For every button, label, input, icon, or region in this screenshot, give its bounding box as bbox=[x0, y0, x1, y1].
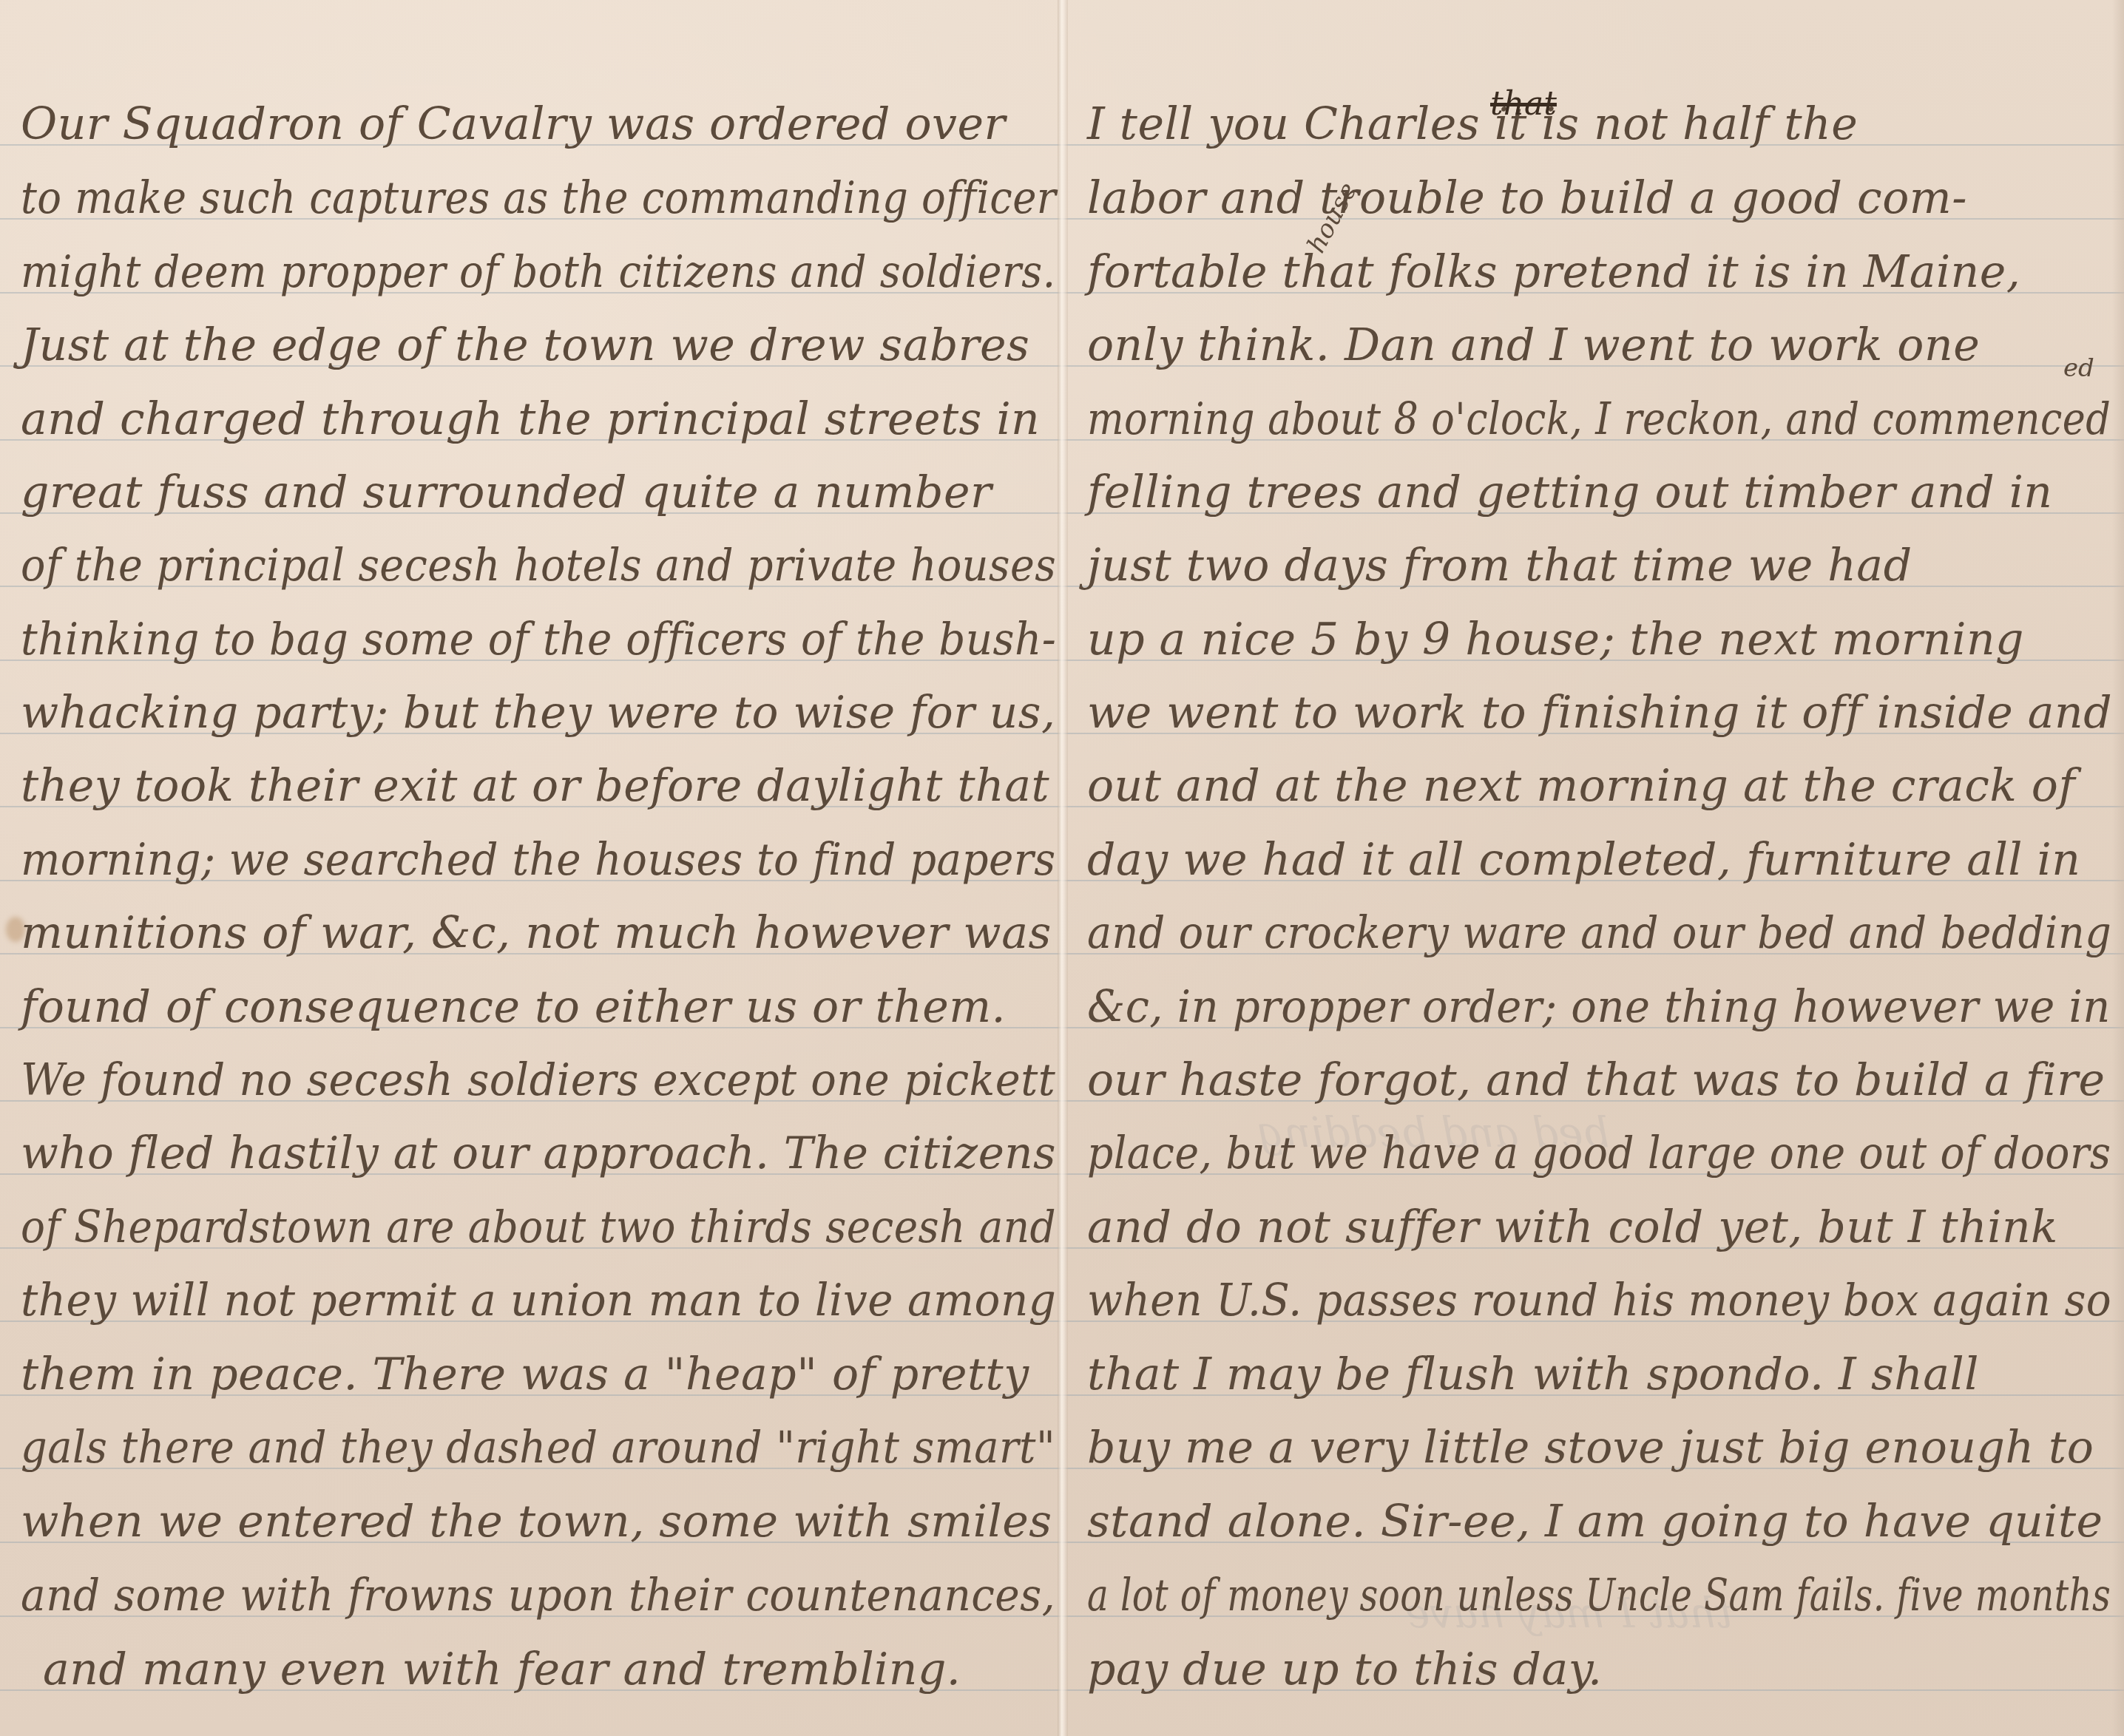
text-line: and charged through the principal street… bbox=[21, 397, 1040, 441]
text-line: when U.S. passes round his money box aga… bbox=[1087, 1278, 2111, 1323]
text-line: and do not suffer with cold yet, but I t… bbox=[1087, 1205, 2058, 1250]
text-line: they will not permit a union man to live… bbox=[21, 1278, 1056, 1323]
text-line: who fled hastily at our approach. The ci… bbox=[21, 1131, 1056, 1176]
text-line: I tell you Charles it is not half the bbox=[1087, 102, 1858, 146]
text-line: fortable that folks pretend it is in Mai… bbox=[1087, 250, 2020, 294]
text-line: they took their exit at or before daylig… bbox=[21, 764, 1049, 808]
text-line: found of consequence to either us or the… bbox=[21, 985, 1006, 1029]
inserted-suffix: ed bbox=[2063, 353, 2094, 383]
text-line: of the principal secesh hotels and priva… bbox=[21, 543, 1056, 588]
text-line: just two days from that time we had bbox=[1087, 543, 1912, 588]
text-line: that I may be flush with spondo. I shall bbox=[1087, 1352, 1979, 1397]
text-line: Our Squadron of Cavalry was ordered over bbox=[21, 102, 1006, 146]
text-line: buy me a very little stove just big enou… bbox=[1087, 1425, 2094, 1470]
paper-edge bbox=[2112, 0, 2124, 1736]
text-line: and our crockery ware and our bed and be… bbox=[1087, 911, 2111, 955]
text-line: thinking to bag some of the officers of … bbox=[21, 617, 1056, 662]
text-line: only think. Dan and I went to work one bbox=[1087, 323, 1980, 367]
text-line: pay due up to this day. bbox=[1087, 1647, 1603, 1692]
text-line: felling trees and getting out timber and… bbox=[1087, 470, 2052, 515]
text-line: stand alone. Sir-ee, I am going to have … bbox=[1087, 1499, 2103, 1544]
center-fold bbox=[1058, 0, 1068, 1736]
text-line: place, but we have a good large one out … bbox=[1087, 1131, 2111, 1176]
text-line: a lot of money soon unless Uncle Sam fai… bbox=[1087, 1573, 2111, 1618]
text-line: to make such captures as the commanding … bbox=[21, 176, 1056, 220]
text-line: we went to work to finishing it off insi… bbox=[1087, 691, 2112, 735]
text-line: up a nice 5 by 9 house; the next morning bbox=[1087, 617, 2024, 662]
text-line: labor and trouble to build a good com- bbox=[1087, 176, 1967, 220]
text-line: munitions of war, &c, not much however w… bbox=[21, 911, 1052, 955]
text-line: Just at the edge of the town we drew sab… bbox=[21, 323, 1029, 367]
text-line: gals there and they dashed around "right… bbox=[21, 1425, 1055, 1470]
text-line: great fuss and surrounded quite a number bbox=[21, 470, 992, 515]
text-line: of Shepardstown are about two thirds sec… bbox=[21, 1205, 1056, 1250]
letter-page-spread: bed and bedding that I may have Our Squa… bbox=[0, 0, 2124, 1736]
text-line: We found no secesh soldiers except one p… bbox=[21, 1058, 1055, 1102]
text-line: &c, in propper order; one thing however … bbox=[1087, 985, 2111, 1029]
struck-out-word: that bbox=[1490, 85, 1557, 123]
text-line: and some with frowns upon their countena… bbox=[21, 1573, 1055, 1618]
text-line: our haste forgot, and that was to build … bbox=[1087, 1058, 2105, 1102]
text-line: and many even with fear and trembling. bbox=[43, 1647, 961, 1692]
text-line: day we had it all completed, furniture a… bbox=[1087, 838, 2080, 882]
text-line: them in peace. There was a "heap" of pre… bbox=[21, 1352, 1029, 1397]
text-line: whacking party; but they were to wise fo… bbox=[21, 691, 1055, 735]
text-line: out and at the next morning at the crack… bbox=[1087, 764, 2075, 808]
text-line: morning; we searched the houses to find … bbox=[21, 838, 1056, 882]
text-line: morning about 8 o'clock, I reckon, and c… bbox=[1087, 397, 2111, 441]
text-line: when we entered the town, some with smil… bbox=[21, 1499, 1052, 1544]
text-line: might deem propper of both citizens and … bbox=[21, 250, 1055, 294]
